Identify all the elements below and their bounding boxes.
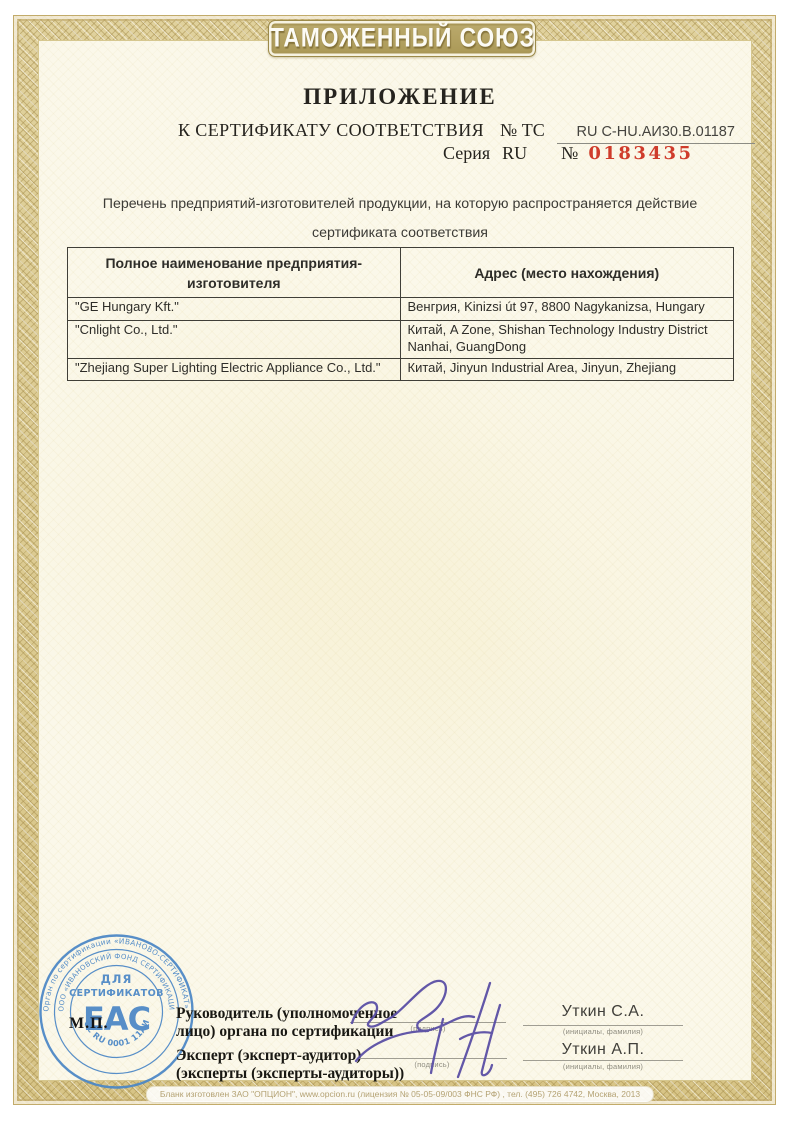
manufacturer-address: Венгрия, Kinizsi út 97, 8800 Nagykanizsa… bbox=[400, 298, 733, 321]
form-manufacturer-note: Бланк изготовлен ЗАО "ОПЦИОН", www.opcio… bbox=[146, 1086, 654, 1103]
series-label: Серия bbox=[443, 143, 490, 164]
signatory-name-2: Уткин А.П. bbox=[523, 1041, 683, 1059]
certificate-label: К СЕРТИФИКАТУ СООТВЕТСТВИЯ bbox=[178, 120, 484, 141]
manufacturer-address: Китай, A Zone, Shishan Technology Indust… bbox=[400, 321, 733, 359]
page-title: ПРИЛОЖЕНИЕ bbox=[0, 84, 800, 110]
table-row: "Zhejiang Super Lighting Electric Applia… bbox=[68, 359, 734, 381]
signatory-name-1: Уткин С.А. bbox=[523, 1003, 683, 1021]
banner-text: ТАМОЖЕННЫЙ СОЮЗ bbox=[270, 23, 535, 54]
column-header-name: Полное наименование предприятия-изготови… bbox=[68, 248, 401, 298]
no-ts-label: № ТС bbox=[500, 120, 545, 141]
series-region: RU bbox=[502, 143, 527, 164]
certificate-number-line: К СЕРТИФИКАТУ СООТВЕТСТВИЯ № ТС RU C-HU.… bbox=[178, 120, 755, 144]
customs-union-banner: ТАМОЖЕННЫЙ СОЮЗ bbox=[268, 20, 536, 57]
column-header-address: Адрес (место нахождения) bbox=[400, 248, 733, 298]
certification-stamp: Орган по сертификации «ИВАНОВО-СЕРТИФИКА… bbox=[36, 931, 197, 1092]
table-row: "Cnlight Co., Ltd." Китай, A Zone, Shish… bbox=[68, 321, 734, 359]
certificate-page: ТАМОЖЕННЫЙ СОЮЗ ПРИЛОЖЕНИЕ К СЕРТИФИКАТУ… bbox=[0, 0, 800, 1131]
manufacturer-name: "Cnlight Co., Ltd." bbox=[68, 321, 401, 359]
manufacturer-name: "GE Hungary Kft." bbox=[68, 298, 401, 321]
series-line: Серия RU № 0183435 bbox=[443, 143, 694, 164]
certificate-number: RU C-HU.АИ30.B.01187 bbox=[557, 124, 755, 144]
name-line-2 bbox=[523, 1060, 683, 1061]
manufacturer-name: "Zhejiang Super Lighting Electric Applia… bbox=[68, 359, 401, 381]
intro-line-2: сертификата соответствия bbox=[40, 219, 760, 248]
manufacturer-address: Китай, Jinyun Industrial Area, Jinyun, Z… bbox=[400, 359, 733, 381]
table-row: "GE Hungary Kft." Венгрия, Kinizsi út 97… bbox=[68, 298, 734, 321]
stamp-center-line1: ДЛЯ bbox=[101, 972, 133, 986]
intro-paragraph: Перечень предприятий-изготовителей проду… bbox=[40, 190, 760, 248]
serial-number: 0183435 bbox=[588, 143, 693, 164]
name-caption-2: (инициалы, фамилия) bbox=[523, 1062, 683, 1071]
manufacturers-table: Полное наименование предприятия-изготови… bbox=[67, 247, 734, 381]
handwritten-signature bbox=[340, 975, 520, 1085]
intro-line-1: Перечень предприятий-изготовителей проду… bbox=[40, 190, 760, 219]
stamp-center-line2: СЕРТИФИКАТОВ bbox=[69, 988, 164, 999]
mp-seal-label: М.П. bbox=[69, 1015, 109, 1033]
name-caption-1: (инициалы, фамилия) bbox=[523, 1027, 683, 1036]
number-sign: № bbox=[561, 143, 578, 164]
name-line-1 bbox=[523, 1025, 683, 1026]
table-header-row: Полное наименование предприятия-изготови… bbox=[68, 248, 734, 298]
